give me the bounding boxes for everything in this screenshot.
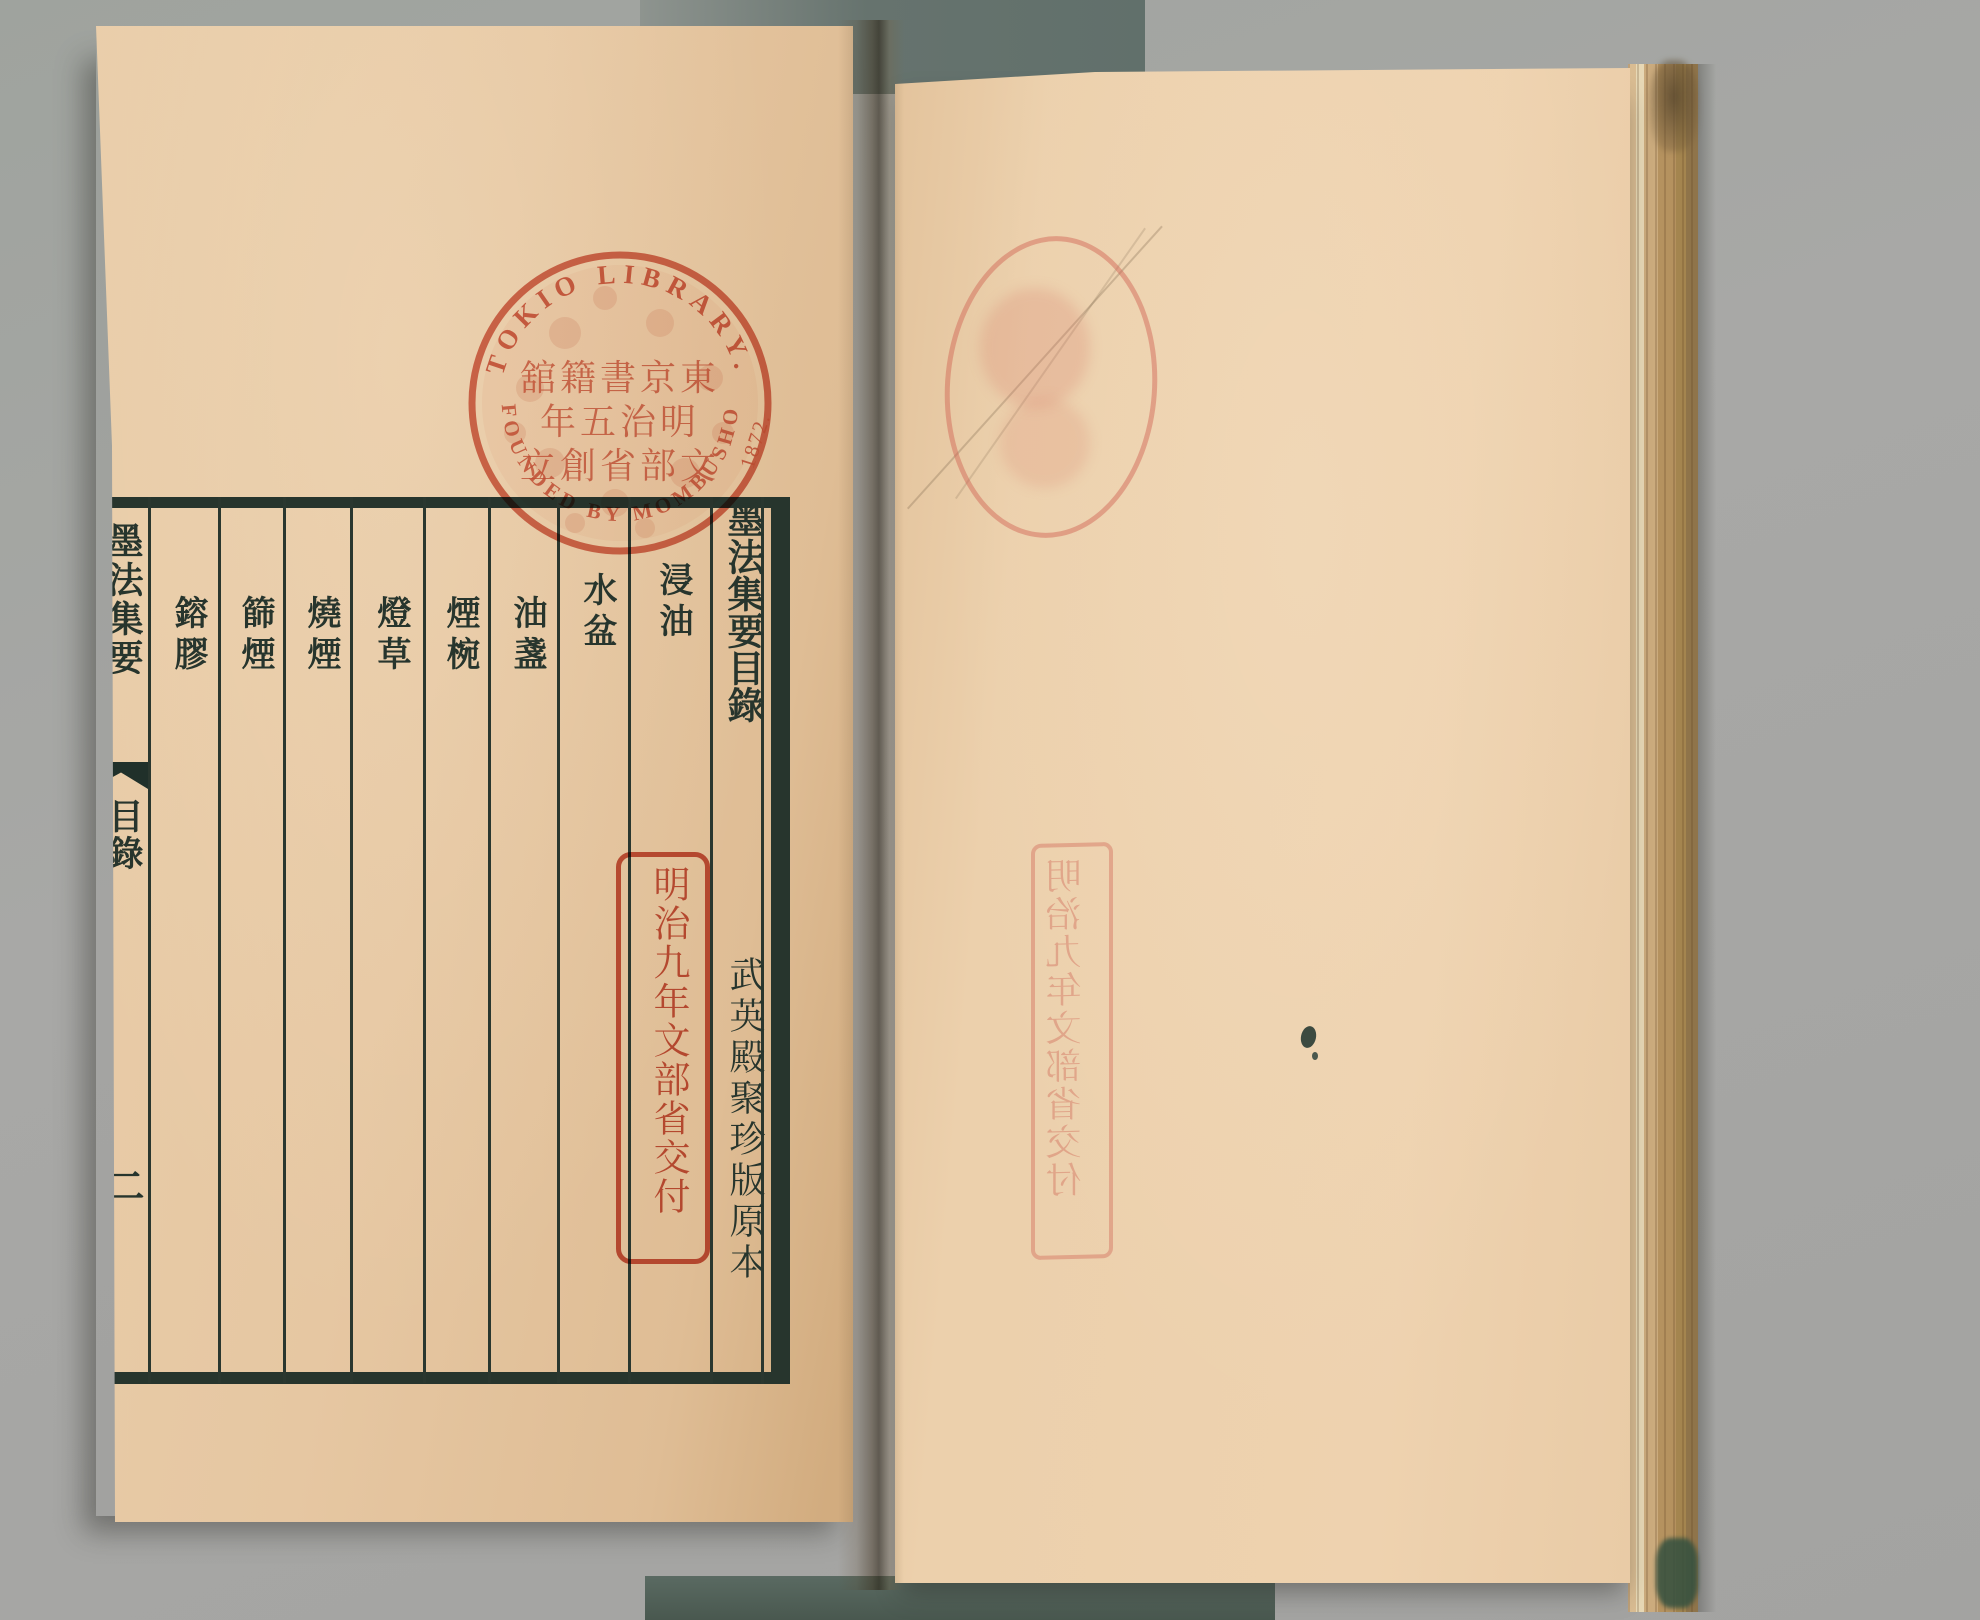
toc-entry: 篩煙 — [228, 595, 272, 677]
edition-note: 武英殿聚珍版原本 — [704, 956, 762, 1284]
table-column-divider — [148, 497, 151, 1383]
stamp-center-line-1: 舘籍書京東 — [520, 358, 720, 399]
table-column-divider — [557, 497, 560, 1383]
table-bottom-border — [88, 1372, 790, 1384]
offset-transfer-seal-text: 明治九年文部省交付 — [1049, 856, 1095, 1199]
toc-entry: 燈草 — [364, 595, 408, 677]
toc-entry: 油盞 — [500, 595, 544, 677]
fore-edge-stain-bottom — [1656, 1538, 1698, 1608]
toc-entry: 煙椀 — [433, 595, 477, 677]
library-round-stamp: TOKIO LIBRARY. FOUNDED BY MOMBUSHO 1872.… — [455, 238, 785, 568]
toc-entry: 鎔膠 — [161, 595, 205, 677]
offset-stamp-blob — [1000, 398, 1090, 488]
ministry-transfer-seal: 明治九年文部省交付 — [616, 852, 710, 1264]
offset-stamp-blob — [980, 288, 1090, 408]
toc-entry: 浸油 — [646, 562, 690, 644]
fore-edge-wear-top — [1650, 60, 1698, 152]
stamp-center-line-3: 立創省部文 — [520, 446, 720, 487]
table-column-divider — [218, 497, 221, 1383]
fore-edge-shadow — [1698, 64, 1716, 1612]
ministry-transfer-seal-text: 明治九年文部省交付 — [639, 865, 687, 1216]
toc-entry: 燒煙 — [294, 595, 338, 677]
book-scan: 墨法集要目錄 浸油 水盆 油盞 煙椀 燈草 燒煙 篩煙 鎔膠 武英殿聚珍版原本 … — [0, 0, 1980, 1620]
left-page: 墨法集要目錄 浸油 水盆 油盞 煙椀 燈草 燒煙 篩煙 鎔膠 武英殿聚珍版原本 … — [88, 26, 853, 1522]
ink-blot — [1299, 1025, 1318, 1050]
toc-entry: 水盆 — [570, 572, 614, 654]
table-column-divider — [350, 497, 353, 1383]
offset-transfer-seal: 明治九年文部省交付 — [1031, 842, 1113, 1260]
table-right-border-outer — [771, 497, 790, 1384]
table-column-divider — [488, 497, 491, 1383]
table-column-divider — [423, 497, 426, 1383]
right-page: 明治九年文部省交付 — [895, 68, 1630, 1583]
table-column-divider — [283, 497, 286, 1383]
ink-blot — [1312, 1052, 1318, 1060]
fore-edge-stack — [1628, 64, 1698, 1612]
stamp-center-line-2: 年五治明 — [540, 402, 700, 443]
